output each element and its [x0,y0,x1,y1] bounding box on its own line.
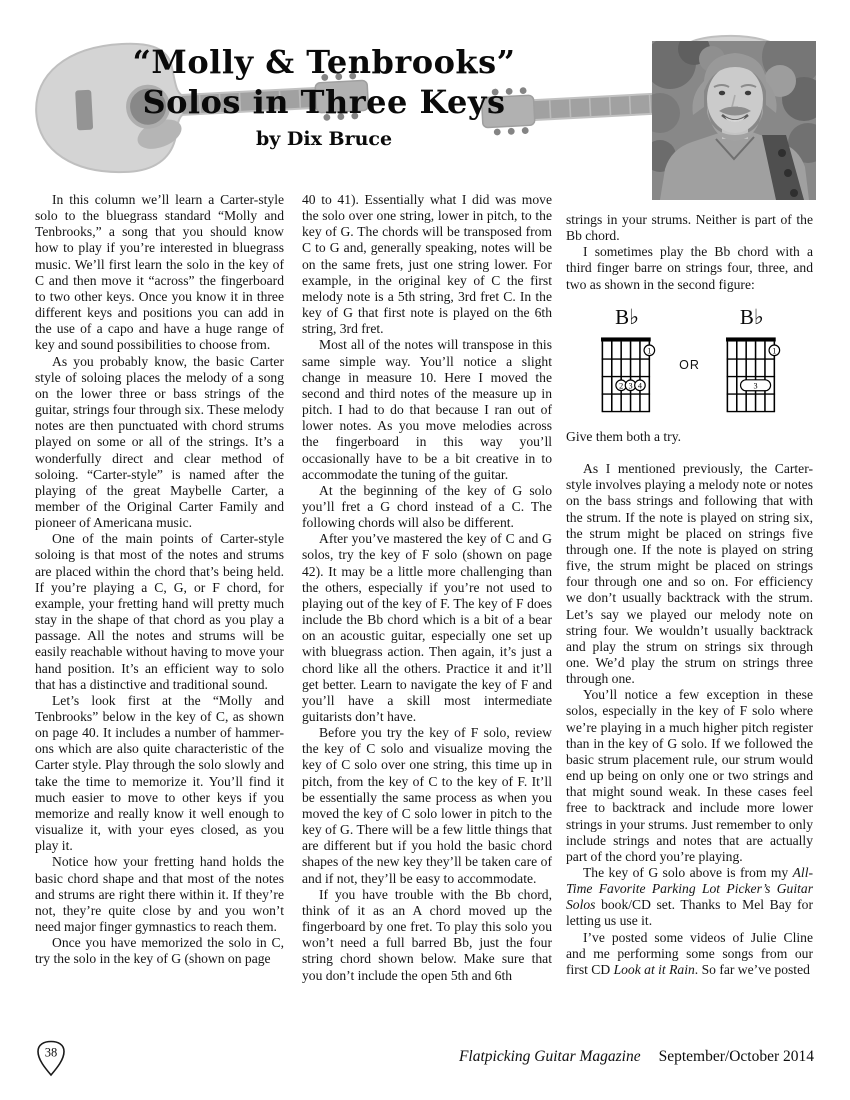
or-label: OR [679,357,700,373]
paragraph: One of the main points of Carter-style s… [35,531,284,693]
paragraph: Once you have memorized the solo in C, t… [35,935,284,967]
text-run: As I mentioned previously, the Carter-st… [566,461,813,686]
page-number-pick: 38 [36,1040,66,1078]
chord-grid-2: 31 [721,331,783,415]
paragraph: Notice how your fretting hand holds the … [35,854,284,935]
text-run: Once you have memorized the solo in C, t… [35,935,284,966]
article-byline: by Dix Bruce [0,128,648,150]
text-run: You’ll notice a few exception in these s… [566,687,813,864]
svg-text:2: 2 [619,381,623,390]
svg-text:1: 1 [772,346,776,355]
text-run: At the beginning of the key of G solo yo… [302,483,552,530]
column-3: strings in your strums. Neither is part … [566,212,813,978]
paragraph: After you’ve mastered the key of C and G… [302,531,552,725]
author-photo [652,41,816,200]
paragraph: If you have trouble with the Bb chord, t… [302,887,552,984]
paragraph: Most all of the notes will transpose in … [302,337,552,482]
chord-diagram-1: B♭ 1234 [585,305,669,419]
footer: Flatpicking Guitar MagazineSeptember/Oct… [459,1048,814,1066]
article-header: “Molly & Tenbrooks” Solos in Three Keys … [0,42,648,150]
chord-label-2: B♭ [710,305,794,329]
give-try-line: Give them both a try. [566,429,813,445]
text-run: As you probably know, the basic Carter s… [35,354,284,531]
paragraph: strings in your strums. Neither is part … [566,212,813,244]
page-number: 38 [45,1046,58,1060]
svg-text:1: 1 [647,346,651,355]
paragraph: At the beginning of the key of G solo yo… [302,483,552,531]
footer-issue-date: September/October 2014 [659,1048,814,1065]
article-title-line2: Solos in Three Keys [0,82,648,122]
text-run: The key of G solo above is from my [583,865,793,880]
italic-text: Look at it Rain [614,962,695,977]
text-run: In this column we’ll learn a Carter-styl… [35,192,284,352]
chord-label-1: B♭ [585,305,669,329]
paragraph: Before you try the key of F solo, review… [302,725,552,887]
text-run: Before you try the key of F solo, review… [302,725,552,885]
article-title-line1: “Molly & Tenbrooks” [0,42,648,82]
svg-text:3: 3 [629,381,633,390]
text-run: strings in your strums. Neither is part … [566,212,813,243]
text-run: I sometimes play the Bb chord with a thi… [566,244,813,291]
paragraph: You’ll notice a few exception in these s… [566,687,813,865]
text-run: 40 to 41). Essentially what I did was mo… [302,192,552,336]
magazine-page: “Molly & Tenbrooks” Solos in Three Keys … [0,0,850,1100]
chord-grid-1: 1234 [596,331,658,415]
paragraph: In this column we’ll learn a Carter-styl… [35,192,284,354]
svg-text:3: 3 [753,381,757,390]
column-1: In this column we’ll learn a Carter-styl… [35,192,284,968]
column-2: 40 to 41). Essentially what I did was mo… [302,192,552,984]
chord-diagram-2: B♭ 31 [710,305,794,419]
column-3-top: strings in your strums. Neither is part … [566,212,813,293]
footer-magazine-title: Flatpicking Guitar Magazine [459,1048,641,1065]
text-run: If you have trouble with the Bb chord, t… [302,887,552,983]
text-run: After you’ve mastered the key of C and G… [302,531,552,724]
svg-text:4: 4 [638,381,642,390]
chord-figure: B♭ 1234 OR B♭ 31 [566,305,813,419]
paragraph: Let’s look first at the “Molly and Tenbr… [35,693,284,855]
text-run: Notice how your fretting hand holds the … [35,854,284,934]
paragraph: As I mentioned previously, the Carter-st… [566,461,813,687]
paragraph: 40 to 41). Essentially what I did was mo… [302,192,552,337]
paragraph: As you probably know, the basic Carter s… [35,354,284,532]
text-run: One of the main points of Carter-style s… [35,531,284,691]
paragraph: I’ve posted some videos of Julie Cline a… [566,930,813,978]
text-run: . So far we’ve posted [695,962,810,977]
text-run: Let’s look first at the “Molly and Tenbr… [35,693,284,853]
paragraph: I sometimes play the Bb chord with a thi… [566,244,813,292]
text-run: book/CD set. Thanks to Mel Bay for letti… [566,897,813,928]
column-3-bottom: As I mentioned previously, the Carter-st… [566,461,813,978]
paragraph: The key of G solo above is from my All-T… [566,865,813,930]
text-run: Most all of the notes will transpose in … [302,337,552,481]
